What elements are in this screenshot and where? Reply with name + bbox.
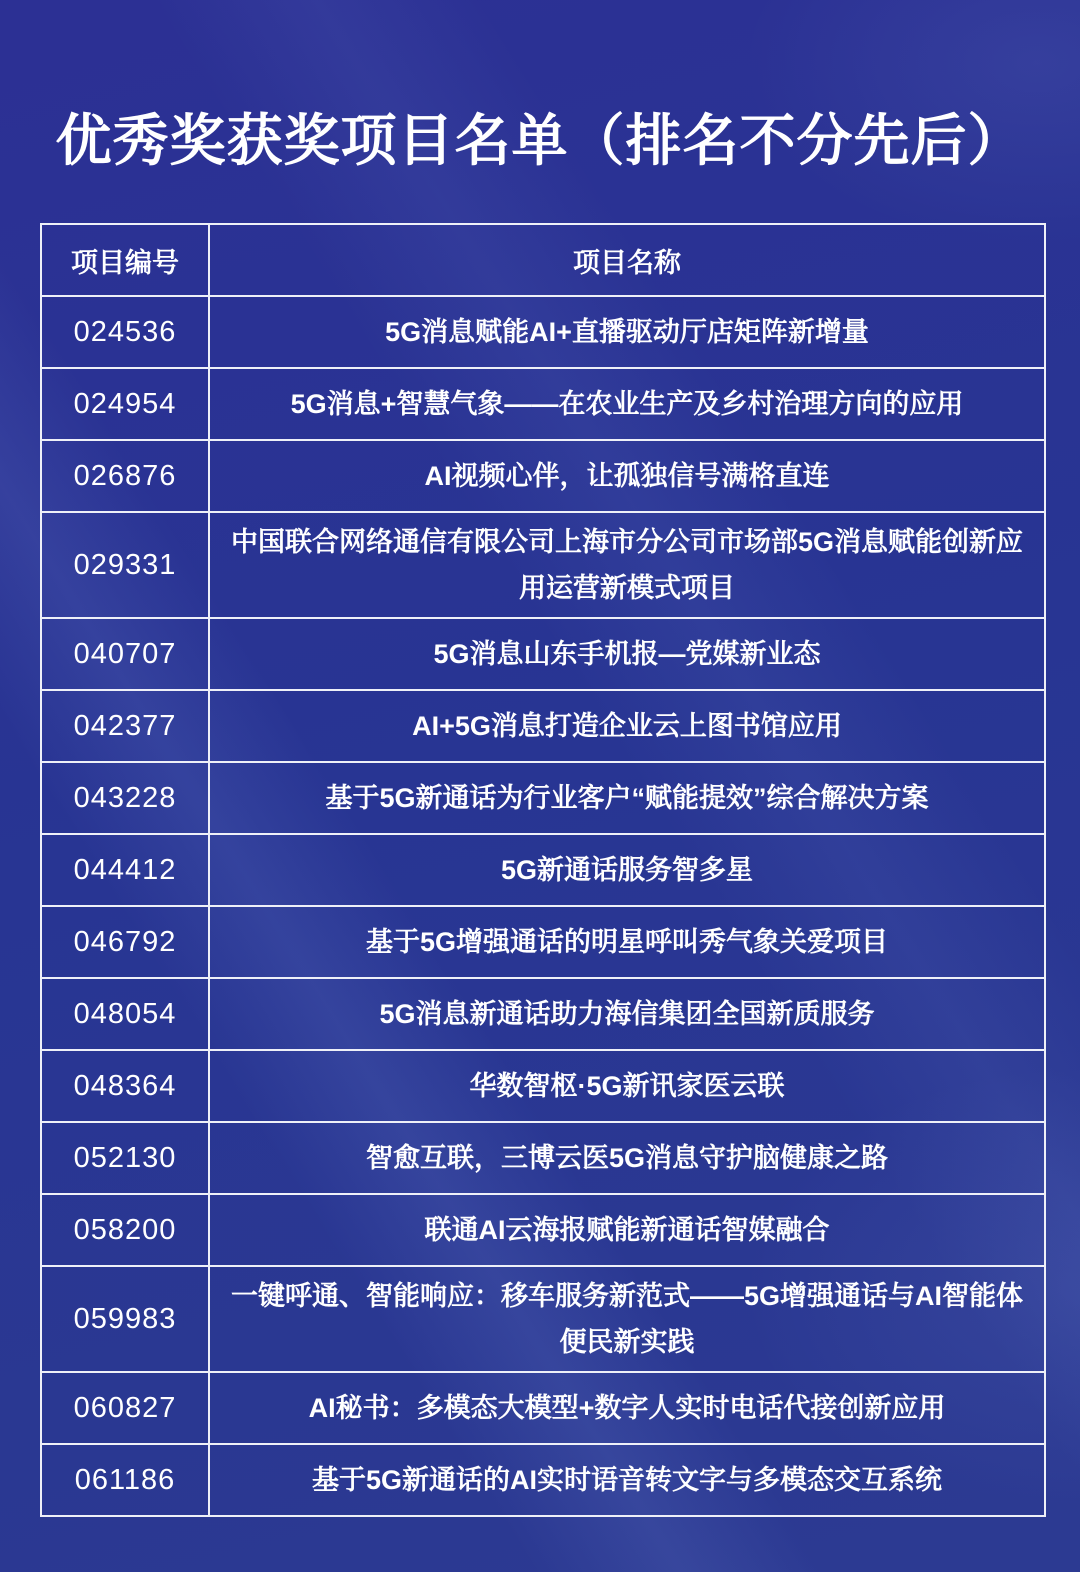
project-name-cell: AI视频心伴，让孤独信号满格直连 [209,440,1045,512]
project-name-cell: 基于5G新通话为行业客户“赋能提效”综合解决方案 [209,762,1045,834]
project-id-cell: 024536 [41,296,209,368]
table-row: 044412 5G新通话服务智多星 [41,834,1045,906]
project-id-cell: 046792 [41,906,209,978]
table-row: 024954 5G消息+智慧气象——在农业生产及乡村治理方向的应用 [41,368,1045,440]
project-id-cell: 052130 [41,1122,209,1194]
project-id-cell: 059983 [41,1266,209,1372]
page-title: 优秀奖获奖项目名单（排名不分先后） [0,0,1080,178]
project-name-cell: 基于5G新通话的AI实时语音转文字与多模态交互系统 [209,1444,1045,1516]
project-id-cell: 060827 [41,1372,209,1444]
table-row: 060827 AI秘书：多模态大模型+数字人实时电话代接创新应用 [41,1372,1045,1444]
project-id-cell: 026876 [41,440,209,512]
project-name-cell: AI秘书：多模态大模型+数字人实时电话代接创新应用 [209,1372,1045,1444]
table-header-row: 项目编号 项目名称 [41,224,1045,296]
project-id-cell: 044412 [41,834,209,906]
column-header-project-id: 项目编号 [41,224,209,296]
project-name-cell: AI+5G消息打造企业云上图书馆应用 [209,690,1045,762]
table-row: 046792 基于5G增强通话的明星呼叫秀气象关爱项目 [41,906,1045,978]
project-id-cell: 043228 [41,762,209,834]
project-name-cell: 5G新通话服务智多星 [209,834,1045,906]
project-name-cell: 智愈互联，三博云医5G消息守护脑健康之路 [209,1122,1045,1194]
table-row: 042377 AI+5G消息打造企业云上图书馆应用 [41,690,1045,762]
project-name-cell: 一键呼通、智能响应：移车服务新范式——5G增强通话与AI智能体便民新实践 [209,1266,1045,1372]
project-id-cell: 048364 [41,1050,209,1122]
project-id-cell: 024954 [41,368,209,440]
project-name-cell: 华数智枢·5G新讯家医云联 [209,1050,1045,1122]
project-id-cell: 029331 [41,512,209,618]
table-row: 061186 基于5G新通话的AI实时语音转文字与多模态交互系统 [41,1444,1045,1516]
project-name-cell: 5G消息山东手机报—党媒新业态 [209,618,1045,690]
table-row: 058200 联通AI云海报赋能新通话智媒融合 [41,1194,1045,1266]
table-row: 029331 中国联合网络通信有限公司上海市分公司市场部5G消息赋能创新应用运营… [41,512,1045,618]
table-row: 024536 5G消息赋能AI+直播驱动厅店矩阵新增量 [41,296,1045,368]
project-id-cell: 042377 [41,690,209,762]
project-name-cell: 5G消息新通话助力海信集团全国新质服务 [209,978,1045,1050]
project-name-cell: 中国联合网络通信有限公司上海市分公司市场部5G消息赋能创新应用运营新模式项目 [209,512,1045,618]
project-id-cell: 061186 [41,1444,209,1516]
award-poster: 优秀奖获奖项目名单（排名不分先后） 项目编号 项目名称 024536 5G消息赋… [0,0,1080,1572]
project-id-cell: 058200 [41,1194,209,1266]
table-row: 026876 AI视频心伴，让孤独信号满格直连 [41,440,1045,512]
table-row: 059983 一键呼通、智能响应：移车服务新范式——5G增强通话与AI智能体便民… [41,1266,1045,1372]
column-header-project-name: 项目名称 [209,224,1045,296]
project-id-cell: 048054 [41,978,209,1050]
table-row: 048054 5G消息新通话助力海信集团全国新质服务 [41,978,1045,1050]
project-name-cell: 5G消息+智慧气象——在农业生产及乡村治理方向的应用 [209,368,1045,440]
award-table: 项目编号 项目名称 024536 5G消息赋能AI+直播驱动厅店矩阵新增量 02… [40,223,1046,1517]
table-row: 040707 5G消息山东手机报—党媒新业态 [41,618,1045,690]
table-row: 043228 基于5G新通话为行业客户“赋能提效”综合解决方案 [41,762,1045,834]
table-row: 048364 华数智枢·5G新讯家医云联 [41,1050,1045,1122]
table-row: 052130 智愈互联，三博云医5G消息守护脑健康之路 [41,1122,1045,1194]
project-name-cell: 基于5G增强通话的明星呼叫秀气象关爱项目 [209,906,1045,978]
project-id-cell: 040707 [41,618,209,690]
project-name-cell: 联通AI云海报赋能新通话智媒融合 [209,1194,1045,1266]
project-name-cell: 5G消息赋能AI+直播驱动厅店矩阵新增量 [209,296,1045,368]
